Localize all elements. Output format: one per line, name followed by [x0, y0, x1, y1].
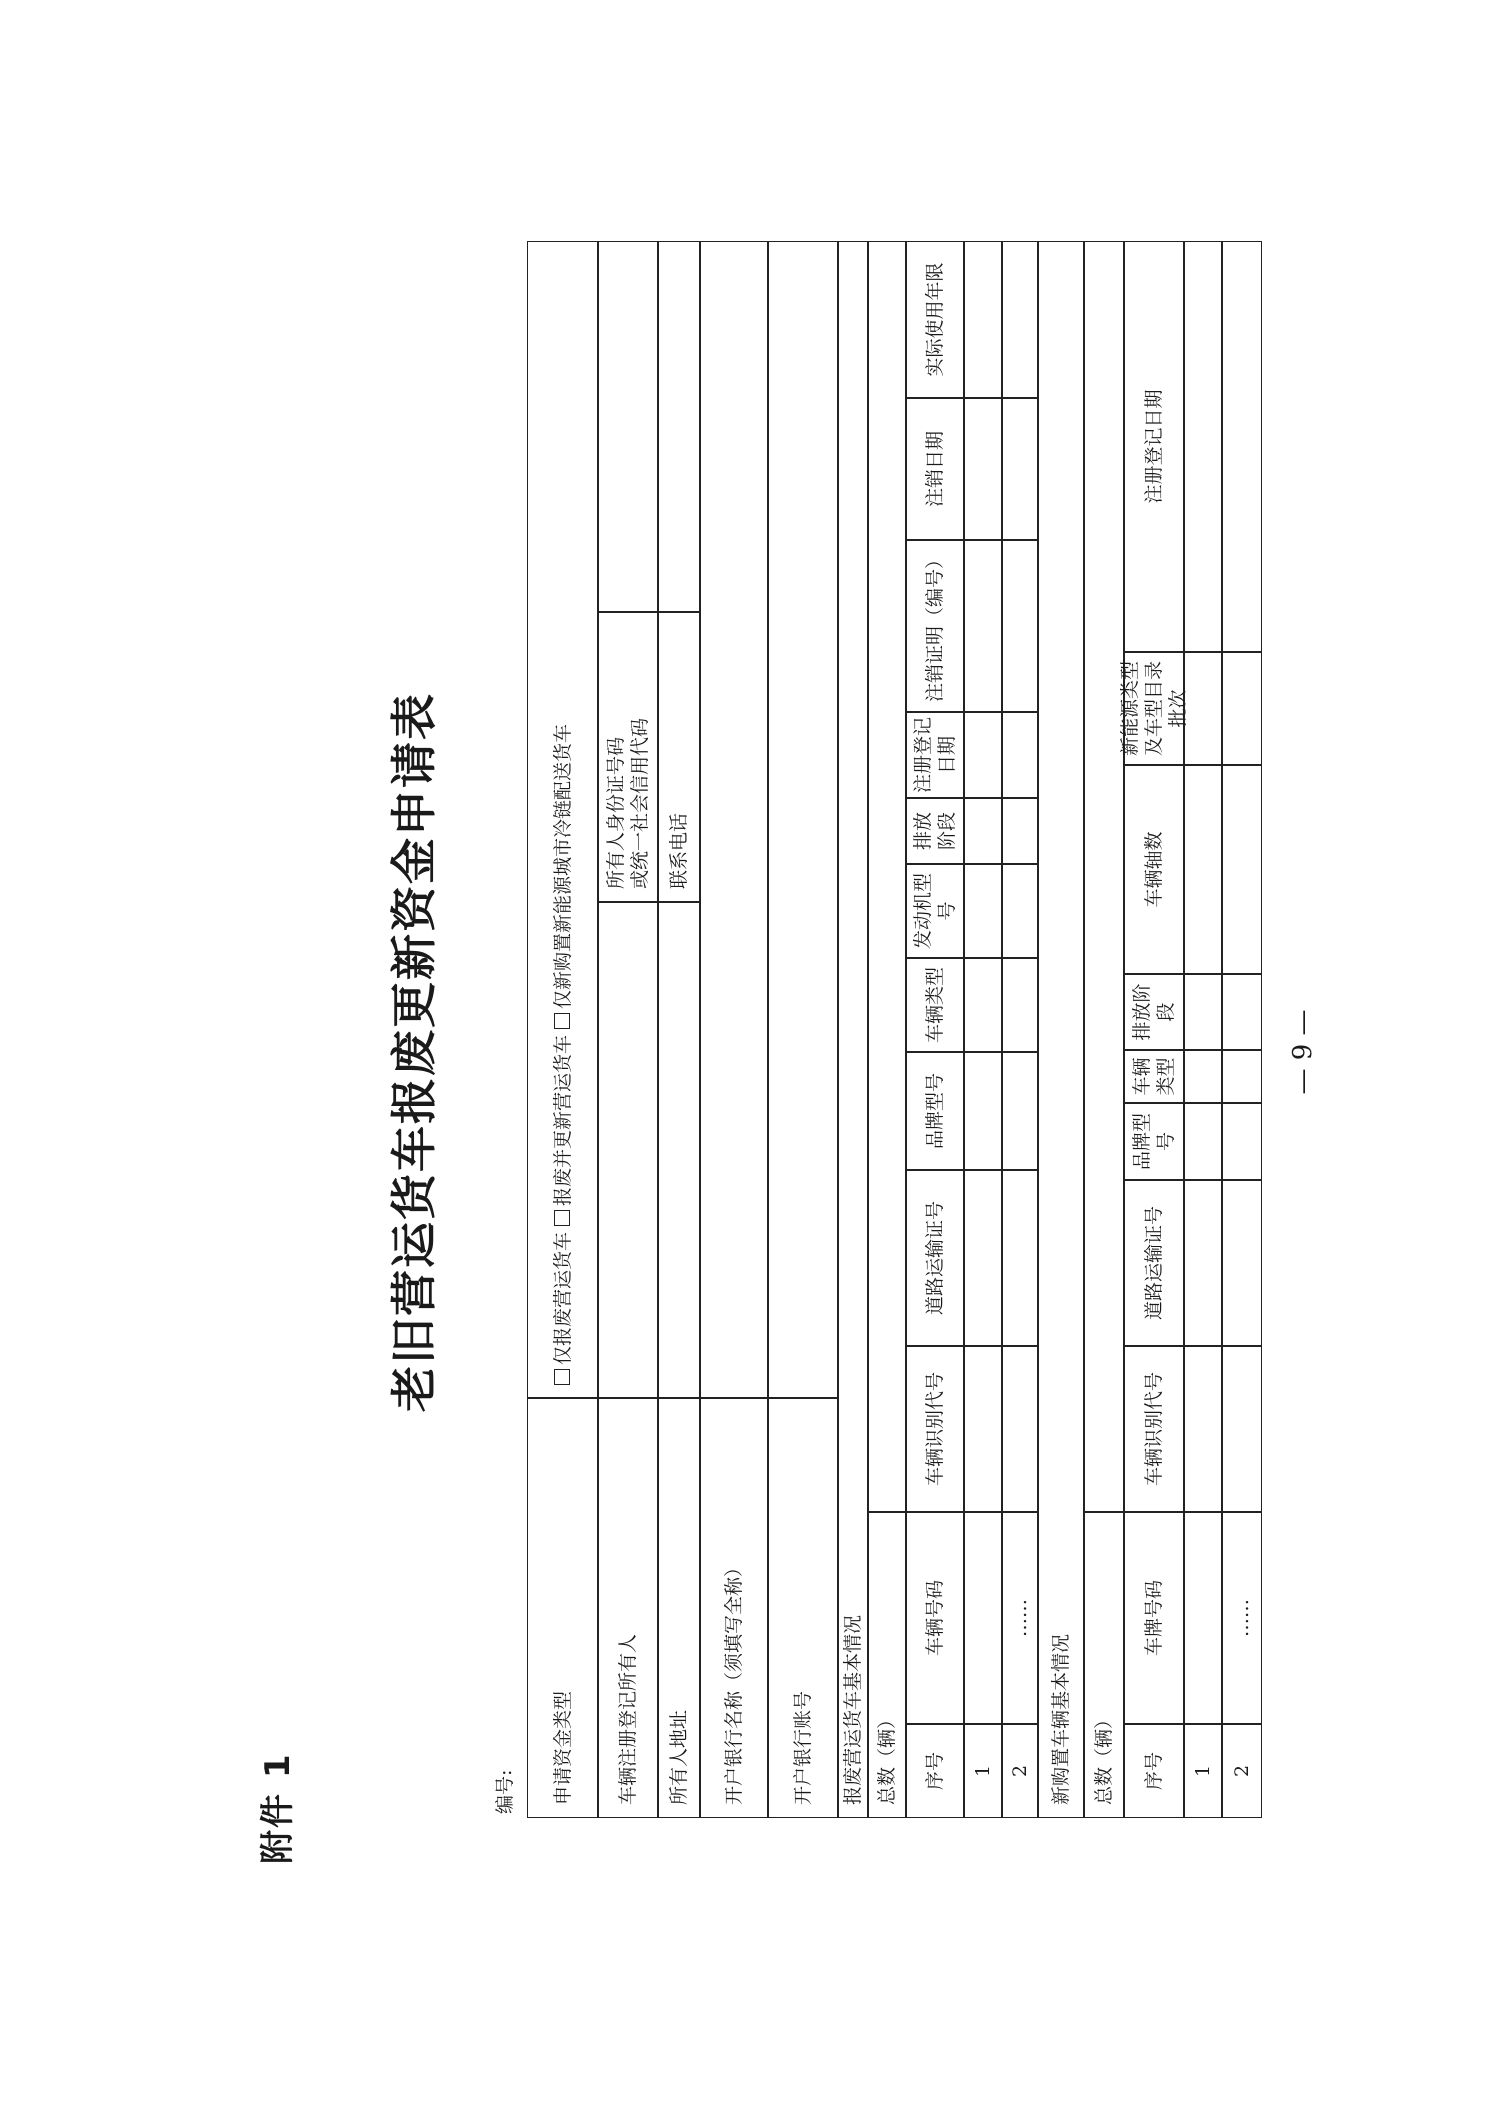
new-vehicle-header-10: 注册登记日期 — [1124, 241, 1184, 652]
scrapped-cell[interactable] — [1002, 958, 1038, 1052]
scrapped-cell[interactable]: …… — [1002, 1512, 1038, 1724]
scrapped-cell[interactable] — [964, 241, 1002, 398]
id-code-label: 所有人身份证号码或统一社会信用代码 — [598, 612, 658, 902]
scrapped-cell[interactable] — [964, 1346, 1002, 1512]
new-vehicle-cell[interactable] — [1222, 1103, 1262, 1180]
new-vehicle-header-6-text: 车辆类型 — [1130, 1055, 1178, 1098]
id-code-label-text: 或统一社会信用代码 — [628, 718, 652, 889]
fund-type-label-text: 申请资金类型 — [551, 1691, 575, 1805]
scrapped-cell[interactable] — [1002, 1170, 1038, 1346]
bank-name-label-text: 开户银行名称（须填写全称） — [722, 1558, 746, 1805]
new-vehicle-cell[interactable] — [1184, 1512, 1222, 1724]
scrapped-header-8-text: 排放阶段 — [911, 803, 959, 859]
phone-label: 联系电话 — [658, 612, 700, 902]
scrapped-cell[interactable] — [964, 864, 1002, 958]
bank-account-label-text: 开户银行账号 — [791, 1691, 815, 1805]
owner-label: 车辆注册登记所有人 — [598, 1398, 658, 1818]
address-label-text: 所有人地址 — [667, 1710, 691, 1805]
owner-field[interactable] — [598, 902, 658, 1398]
fund-type-option-2[interactable]: 报废并更新营运货车 — [551, 1035, 575, 1226]
page-number: — 9 — — [1288, 0, 1318, 2104]
scrapped-cell-text: …… — [1008, 1599, 1032, 1637]
new-vehicle-header-9: 新能源类型及车型目录批次 — [1124, 652, 1184, 765]
new-vehicle-header-3: 车辆识别代号 — [1124, 1346, 1184, 1512]
scrapped-header-3: 车辆识别代号 — [906, 1346, 964, 1512]
scrapped-cell[interactable] — [1002, 798, 1038, 864]
new-vehicle-cell[interactable] — [1222, 1180, 1262, 1346]
new-vehicle-header-9-text: 新能源类型及车型目录批次 — [1118, 657, 1190, 760]
new-vehicle-header-3-text: 车辆识别代号 — [1142, 1372, 1166, 1486]
fund-type-option-label: 仅报废营运货车 — [552, 1232, 574, 1365]
new-vehicle-cell[interactable] — [1222, 765, 1262, 974]
new-vehicle-header-1-text: 序号 — [1142, 1752, 1166, 1790]
scrapped-row-index-text: 1 — [971, 1765, 995, 1777]
scrapped-total-label-text: 总数（辆） — [875, 1710, 899, 1805]
new-vehicle-cell[interactable] — [1184, 1050, 1222, 1103]
new-vehicle-cell[interactable] — [1184, 652, 1222, 765]
scrapped-header-2-text: 车辆号码 — [923, 1580, 947, 1656]
new-vehicle-header-6: 车辆类型 — [1124, 1050, 1184, 1103]
bank-name-field[interactable] — [700, 241, 768, 1398]
scrapped-header-9-text: 注册登记日期 — [911, 717, 959, 793]
new-vehicle-cell[interactable] — [1222, 652, 1262, 765]
new-vehicle-cell[interactable] — [1184, 241, 1222, 652]
new-vehicle-cell[interactable] — [1222, 974, 1262, 1050]
new-vehicle-cell[interactable] — [1222, 1346, 1262, 1512]
new-vehicle-header-8: 车辆轴数 — [1124, 765, 1184, 974]
scrapped-header-11: 注销日期 — [906, 398, 964, 540]
scrapped-row-index: 1 — [964, 1724, 1002, 1818]
application-form-table: 申请资金类型仅报废营运货车报废并更新营运货车仅新购置新能源城市冷链配送货车车辆注… — [0, 0, 1488, 2104]
fund-type-options: 仅报废营运货车报废并更新营运货车仅新购置新能源城市冷链配送货车 — [527, 241, 598, 1398]
new-vehicle-row-index: 2 — [1222, 1724, 1262, 1818]
new-vehicle-section-title-text: 新购置车辆基本情况 — [1049, 1634, 1073, 1805]
new-vehicle-cell[interactable] — [1184, 974, 1222, 1050]
checkbox-icon[interactable] — [554, 1013, 570, 1029]
scrapped-header-12: 实际使用年限 — [906, 241, 964, 398]
new-vehicle-header-8-text: 车辆轴数 — [1142, 832, 1166, 908]
fund-type-label: 申请资金类型 — [527, 1398, 598, 1818]
scrapped-header-10: 注销证明（编号） — [906, 540, 964, 712]
address-label: 所有人地址 — [658, 1398, 700, 1818]
scrapped-header-8: 排放阶段 — [906, 798, 964, 864]
scrapped-cell[interactable] — [1002, 712, 1038, 798]
scrapped-cell[interactable] — [964, 958, 1002, 1052]
address-field[interactable] — [658, 902, 700, 1398]
scrapped-header-9: 注册登记日期 — [906, 712, 964, 798]
id-code-label-text: 所有人身份证号码 — [604, 737, 628, 889]
scrapped-header-5: 品牌型号 — [906, 1052, 964, 1170]
owner-label-text: 车辆注册登记所有人 — [616, 1634, 640, 1805]
scrapped-row-index: 2 — [1002, 1724, 1038, 1818]
scrapped-cell[interactable] — [1002, 1052, 1038, 1170]
scrapped-cell[interactable] — [1002, 398, 1038, 540]
phone-label-text: 联系电话 — [667, 813, 691, 889]
scrapped-total-field[interactable] — [868, 241, 906, 1512]
new-vehicle-header-10-text: 注册登记日期 — [1142, 390, 1166, 504]
new-vehicle-cell[interactable] — [1184, 1103, 1222, 1180]
scrapped-row-index-text: 2 — [1008, 1765, 1032, 1777]
scrapped-header-4: 道路运输证号 — [906, 1170, 964, 1346]
scrapped-header-1: 序号 — [906, 1724, 964, 1818]
checkbox-icon[interactable] — [554, 1210, 570, 1226]
new-vehicle-header-2-text: 车牌号码 — [1142, 1580, 1166, 1656]
new-vehicle-cell[interactable] — [1184, 765, 1222, 974]
fund-type-option-3[interactable]: 仅新购置新能源城市冷链配送货车 — [551, 724, 575, 1029]
scrapped-header-4-text: 道路运输证号 — [923, 1201, 947, 1315]
scrapped-header-7: 发动机型号 — [906, 864, 964, 958]
bank-account-field[interactable] — [768, 241, 838, 1398]
new-vehicle-row-index-text: 2 — [1230, 1765, 1254, 1777]
scrapped-header-2: 车辆号码 — [906, 1512, 964, 1724]
fund-type-option-label: 仅新购置新能源城市冷链配送货车 — [552, 724, 574, 1009]
scrapped-header-12-text: 实际使用年限 — [923, 263, 947, 377]
scrapped-header-10-text: 注销证明（编号） — [923, 550, 947, 702]
id-code-field[interactable] — [598, 241, 658, 612]
new-vehicle-total-field[interactable] — [1084, 241, 1124, 1512]
new-vehicle-header-5-text: 品牌型号 — [1130, 1108, 1178, 1175]
scrapped-cell[interactable] — [1002, 241, 1038, 398]
new-vehicle-header-1: 序号 — [1124, 1724, 1184, 1818]
new-vehicle-total-label-text: 总数（辆） — [1092, 1710, 1116, 1805]
bank-account-label: 开户银行账号 — [768, 1398, 838, 1818]
scrapped-cell[interactable] — [964, 398, 1002, 540]
scrapped-cell[interactable] — [1002, 864, 1038, 958]
scrapped-cell[interactable] — [964, 1052, 1002, 1170]
new-vehicle-total-label: 总数（辆） — [1084, 1512, 1124, 1818]
phone-field[interactable] — [658, 241, 700, 612]
scrapped-header-7-text: 发动机型号 — [911, 869, 959, 953]
new-vehicle-header-7: 排放阶段 — [1124, 974, 1184, 1050]
scrapped-header-5-text: 品牌型号 — [923, 1073, 947, 1149]
scrapped-cell[interactable] — [964, 712, 1002, 798]
scrapped-cell[interactable] — [964, 1170, 1002, 1346]
fund-type-option-1[interactable]: 仅报废营运货车 — [551, 1232, 575, 1385]
scrapped-header-11-text: 注销日期 — [923, 431, 947, 507]
scrapped-section-title-text: 报废营运货车基本情况 — [841, 1615, 865, 1805]
new-vehicle-header-2: 车牌号码 — [1124, 1512, 1184, 1724]
new-vehicle-cell[interactable] — [1222, 1050, 1262, 1103]
new-vehicle-cell[interactable] — [1184, 1180, 1222, 1346]
new-vehicle-header-4: 道路运输证号 — [1124, 1180, 1184, 1346]
new-vehicle-header-5: 品牌型号 — [1124, 1103, 1184, 1180]
document-page: 附件 1 老旧营运货车报废更新资金申请表 编号: 申请资金类型仅报废营运货车报废… — [0, 0, 1488, 2104]
new-vehicle-cell[interactable]: …… — [1222, 1512, 1262, 1724]
new-vehicle-cell[interactable] — [1222, 241, 1262, 652]
new-vehicle-cell[interactable] — [1184, 1346, 1222, 1512]
scrapped-header-3-text: 车辆识别代号 — [923, 1372, 947, 1486]
new-vehicle-section-title: 新购置车辆基本情况 — [1038, 241, 1084, 1818]
scrapped-header-6-text: 车辆类型 — [923, 967, 947, 1043]
new-vehicle-row-index-text: 1 — [1191, 1765, 1215, 1777]
scrapped-cell[interactable] — [964, 540, 1002, 712]
scrapped-cell[interactable] — [964, 1512, 1002, 1724]
new-vehicle-header-4-text: 道路运输证号 — [1142, 1206, 1166, 1320]
fund-type-option-label: 报废并更新营运货车 — [552, 1035, 574, 1206]
scrapped-header-6: 车辆类型 — [906, 958, 964, 1052]
bank-name-label: 开户银行名称（须填写全称） — [700, 1398, 768, 1818]
scrapped-cell[interactable] — [964, 798, 1002, 864]
scrapped-header-1-text: 序号 — [923, 1752, 947, 1790]
new-vehicle-row-index: 1 — [1184, 1724, 1222, 1818]
scrapped-total-label: 总数（辆） — [868, 1512, 906, 1818]
checkbox-icon[interactable] — [554, 1369, 570, 1385]
new-vehicle-header-7-text: 排放阶段 — [1130, 979, 1178, 1045]
new-vehicle-cell-text: …… — [1230, 1599, 1254, 1637]
scrapped-cell[interactable] — [1002, 540, 1038, 712]
scrapped-cell[interactable] — [1002, 1346, 1038, 1512]
scrapped-section-title: 报废营运货车基本情况 — [838, 241, 868, 1818]
